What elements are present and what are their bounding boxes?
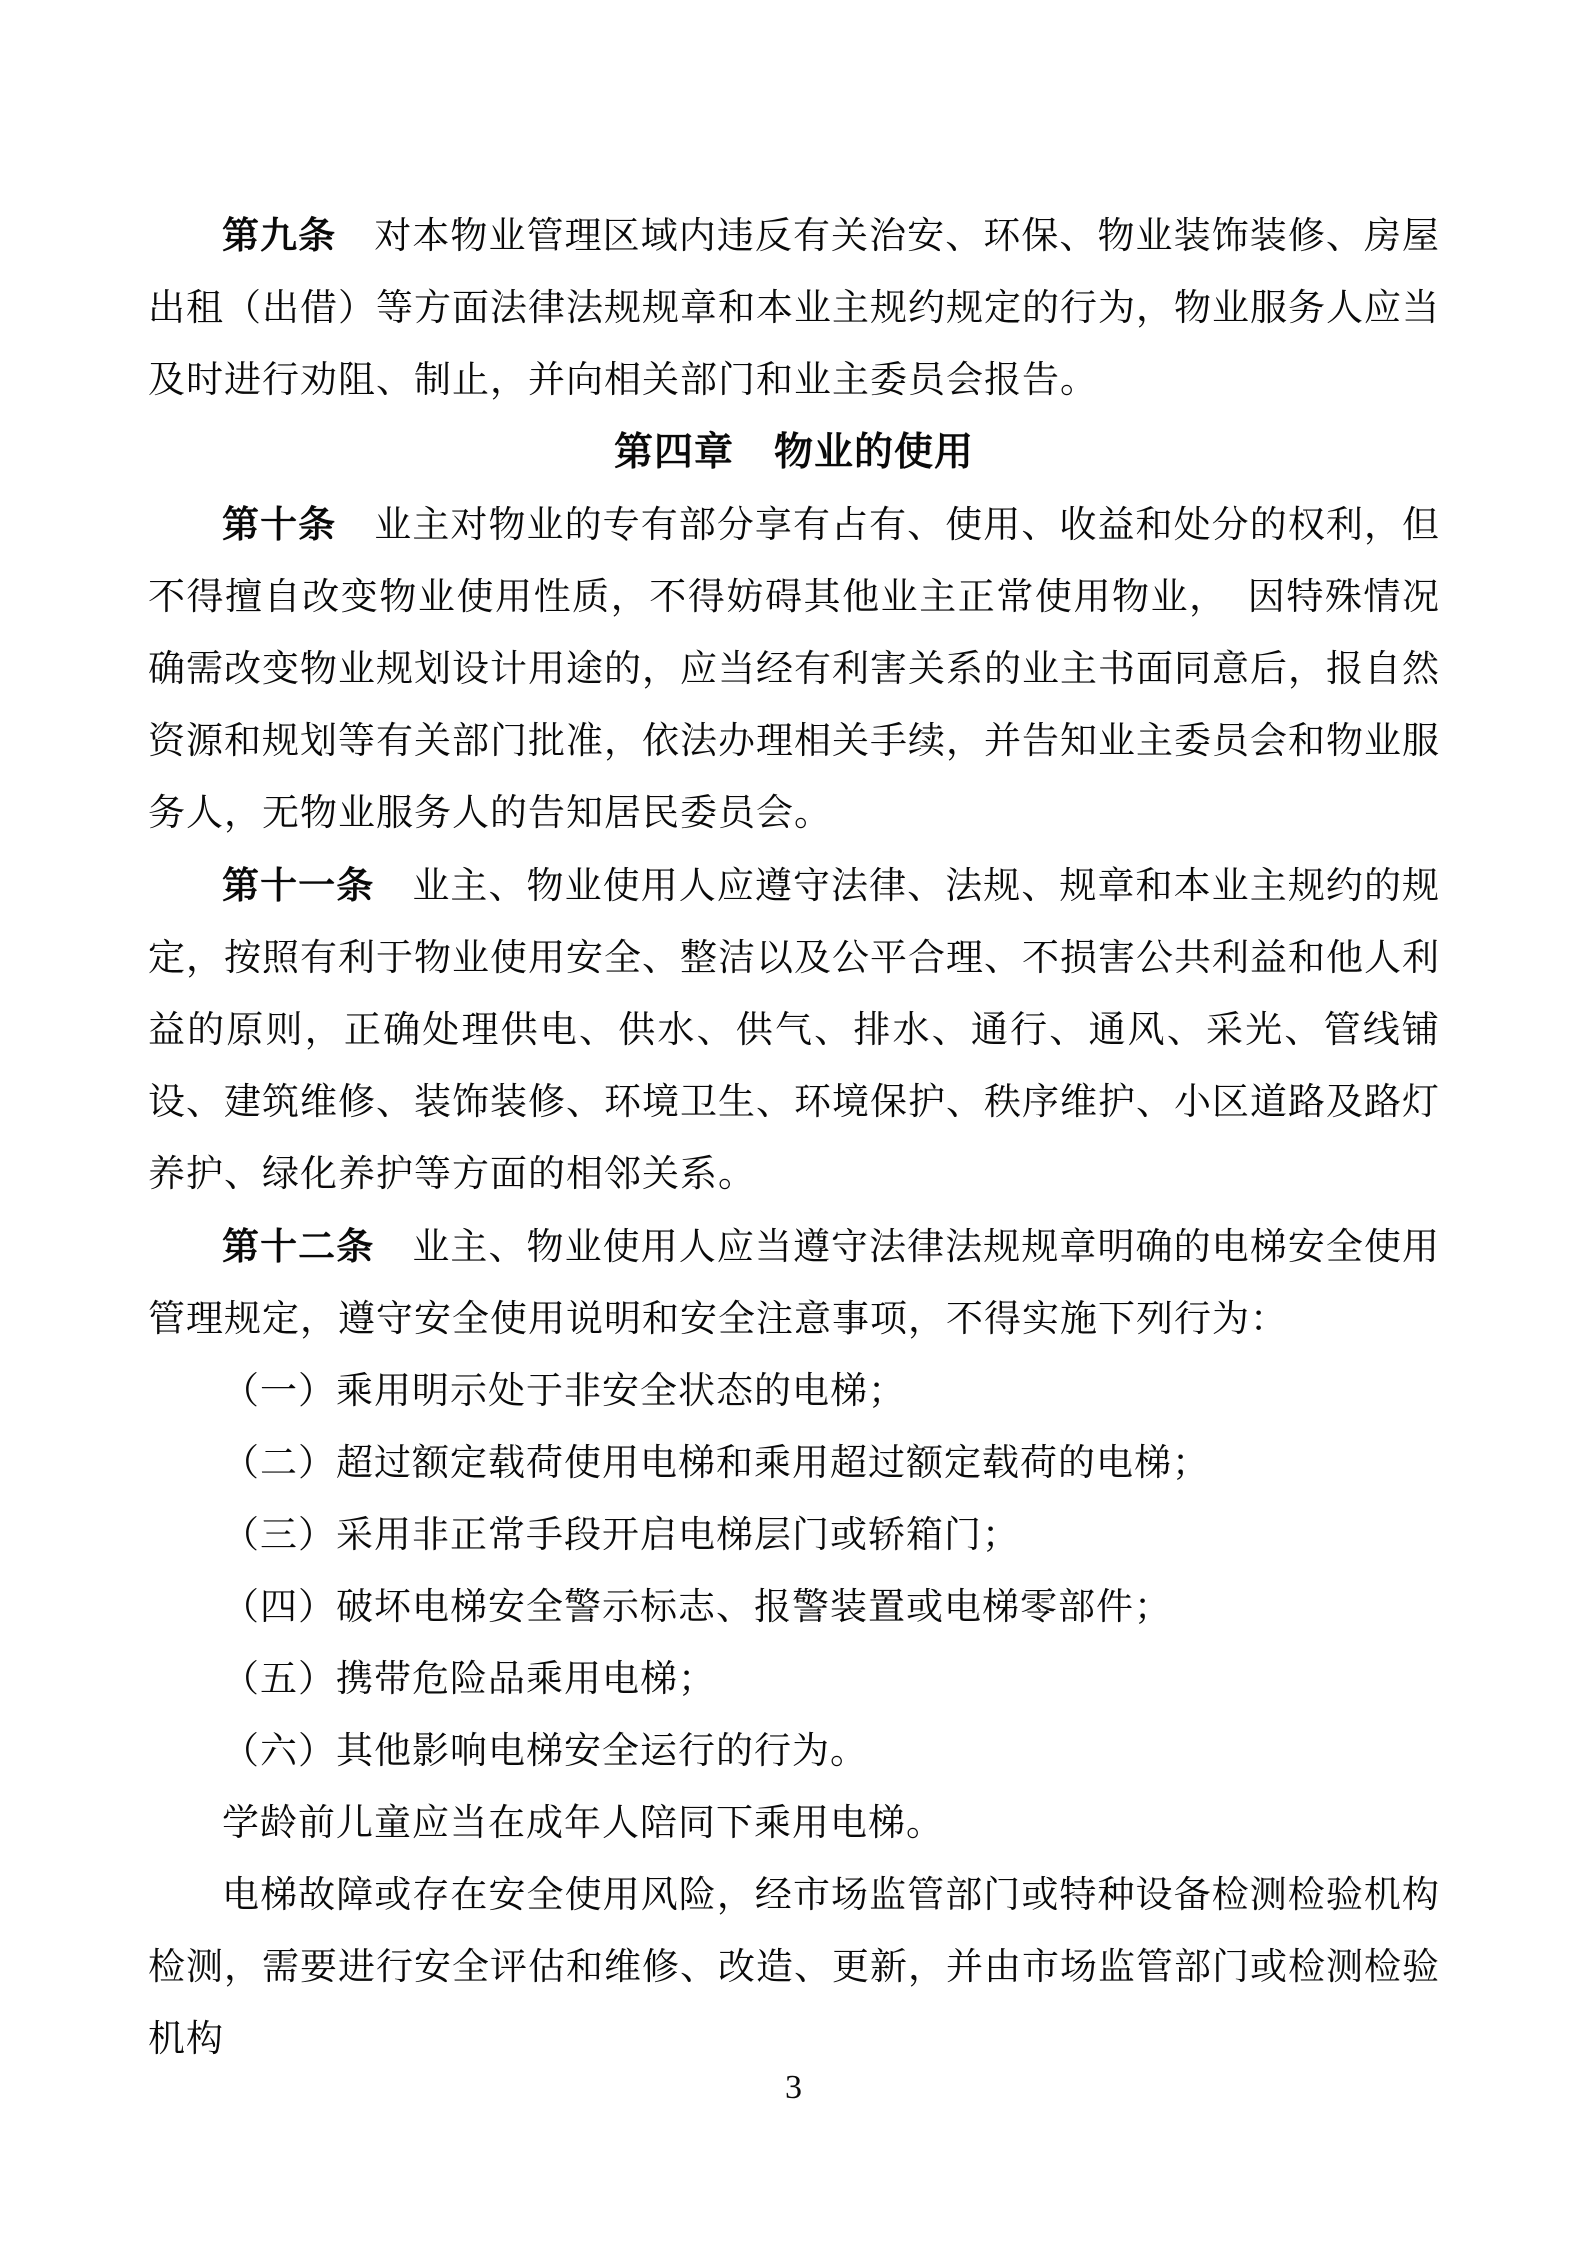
paragraph-elevator-fault: 电梯故障或存在安全使用风险，经市场监管部门或特种设备检测检验机构检测，需要进行安… [148, 1860, 1440, 2076]
paragraph-article-10: 第十条 业主对物业的专有部分享有占有、使用、收益和处分的权利，但不得擅自改变物业… [148, 489, 1440, 850]
document-body: 第九条 对本物业管理区域内违反有关治安、环保、物业装饰装修、房屋出租（出借）等方… [148, 200, 1440, 2076]
page-number: 3 [0, 2068, 1587, 2108]
list-item-6: （六）其他影响电梯安全运行的行为。 [148, 1716, 1440, 1788]
article-11-text: 业主、物业使用人应遵守法律、法规、规章和本业主规约的规定，按照有利于物业使用安全… [148, 866, 1440, 1195]
list-item-4: （四）破坏电梯安全警示标志、报警装置或电梯零部件； [148, 1572, 1440, 1644]
chapter-4-heading: 第四章 物业的使用 [148, 417, 1440, 489]
article-10-label: 第十条 [222, 504, 336, 545]
article-12-label: 第十二条 [222, 1226, 374, 1267]
list-item-2: （二）超过额定载荷使用电梯和乘用超过额定载荷的电梯； [148, 1428, 1440, 1500]
article-9-label: 第九条 [222, 215, 336, 256]
article-9-text: 对本物业管理区域内违反有关治安、环保、物业装饰装修、房屋出租（出借）等方面法律法… [148, 216, 1440, 401]
document-page: 第九条 对本物业管理区域内违反有关治安、环保、物业装饰装修、房屋出租（出借）等方… [0, 0, 1587, 2245]
article-10-text: 业主对物业的专有部分享有占有、使用、收益和处分的权利，但不得擅自改变物业使用性质… [148, 505, 1440, 834]
paragraph-article-11: 第十一条 业主、物业使用人应遵守法律、法规、规章和本业主规约的规定，按照有利于物… [148, 850, 1440, 1211]
list-item-5: （五）携带危险品乘用电梯； [148, 1644, 1440, 1716]
paragraph-article-9: 第九条 对本物业管理区域内违反有关治安、环保、物业装饰装修、房屋出租（出借）等方… [148, 200, 1440, 417]
paragraph-article-12: 第十二条 业主、物业使用人应当遵守法律法规规章明确的电梯安全使用管理规定，遵守安… [148, 1211, 1440, 1356]
article-11-label: 第十一条 [222, 865, 374, 906]
list-item-3: （三）采用非正常手段开启电梯层门或轿箱门； [148, 1500, 1440, 1572]
paragraph-children-elevator: 学龄前儿童应当在成年人陪同下乘用电梯。 [148, 1788, 1440, 1860]
list-item-1: （一）乘用明示处于非安全状态的电梯； [148, 1356, 1440, 1428]
